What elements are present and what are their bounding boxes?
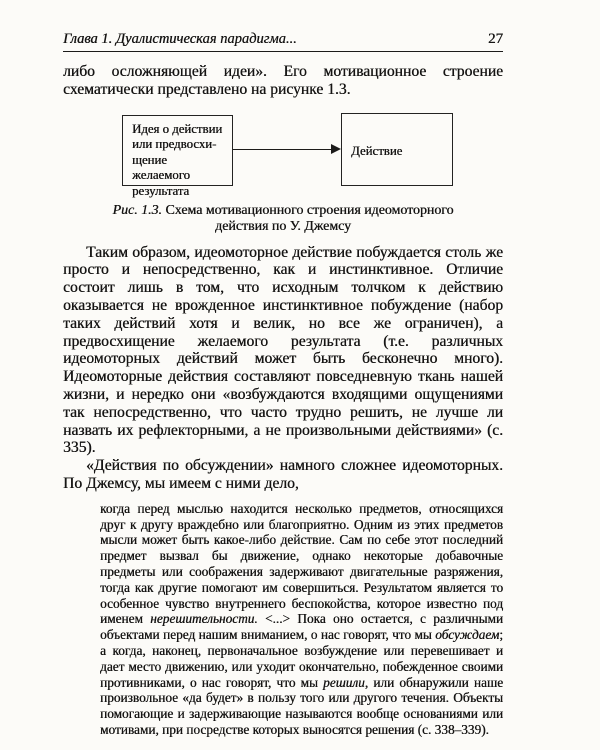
- block-quote-james: когда перед мыслью находится несколько п…: [100, 501, 503, 738]
- running-header: Глава 1. Дуалистическая парадигма... 27: [63, 30, 503, 48]
- diagram-box-idea: Идея о действии или предвосхи- щение жел…: [122, 115, 233, 186]
- diagram-box-idea-line: результата: [132, 184, 228, 200]
- page-number: 27: [488, 30, 503, 48]
- diagram-box-idea-line: или предвосхи-: [132, 137, 228, 153]
- book-page: Глава 1. Дуалистическая парадигма... 27 …: [0, 0, 600, 750]
- running-header-chapter-title: Глава 1. Дуалистическая парадигма...: [63, 30, 297, 48]
- figure-caption-text: Схема мотивационного строения идеомоторн…: [162, 203, 454, 234]
- figure-1-3-diagram: Идея о действии или предвосхи- щение жел…: [63, 113, 503, 186]
- figure-caption: Рис. 1.3. Схема мотивационного строения …: [97, 203, 469, 235]
- diagram-box-idea-line: щение желаемого: [132, 153, 228, 184]
- arrow-shaft: [233, 149, 334, 150]
- arrow-head-icon: [331, 144, 341, 154]
- diagram-box-idea-line: Идея о действии: [132, 122, 228, 138]
- figure-caption-label: Рис. 1.3.: [113, 203, 162, 218]
- arrow-right-connector: [233, 113, 341, 186]
- paragraph-ideomotor: Таким образом, идеомоторное действие поб…: [63, 244, 503, 458]
- diagram-box-action: Действие: [341, 113, 453, 186]
- header-rule: [63, 51, 503, 52]
- diagram-row: Идея о действии или предвосхи- щение жел…: [122, 113, 503, 186]
- intro-paragraph: либо осложняющей идеи». Его мотивационно…: [63, 63, 503, 99]
- paragraph-deliberation: «Действия по обсуждении» намного сложнее…: [63, 457, 503, 493]
- diagram-box-action-label: Действие: [351, 144, 402, 158]
